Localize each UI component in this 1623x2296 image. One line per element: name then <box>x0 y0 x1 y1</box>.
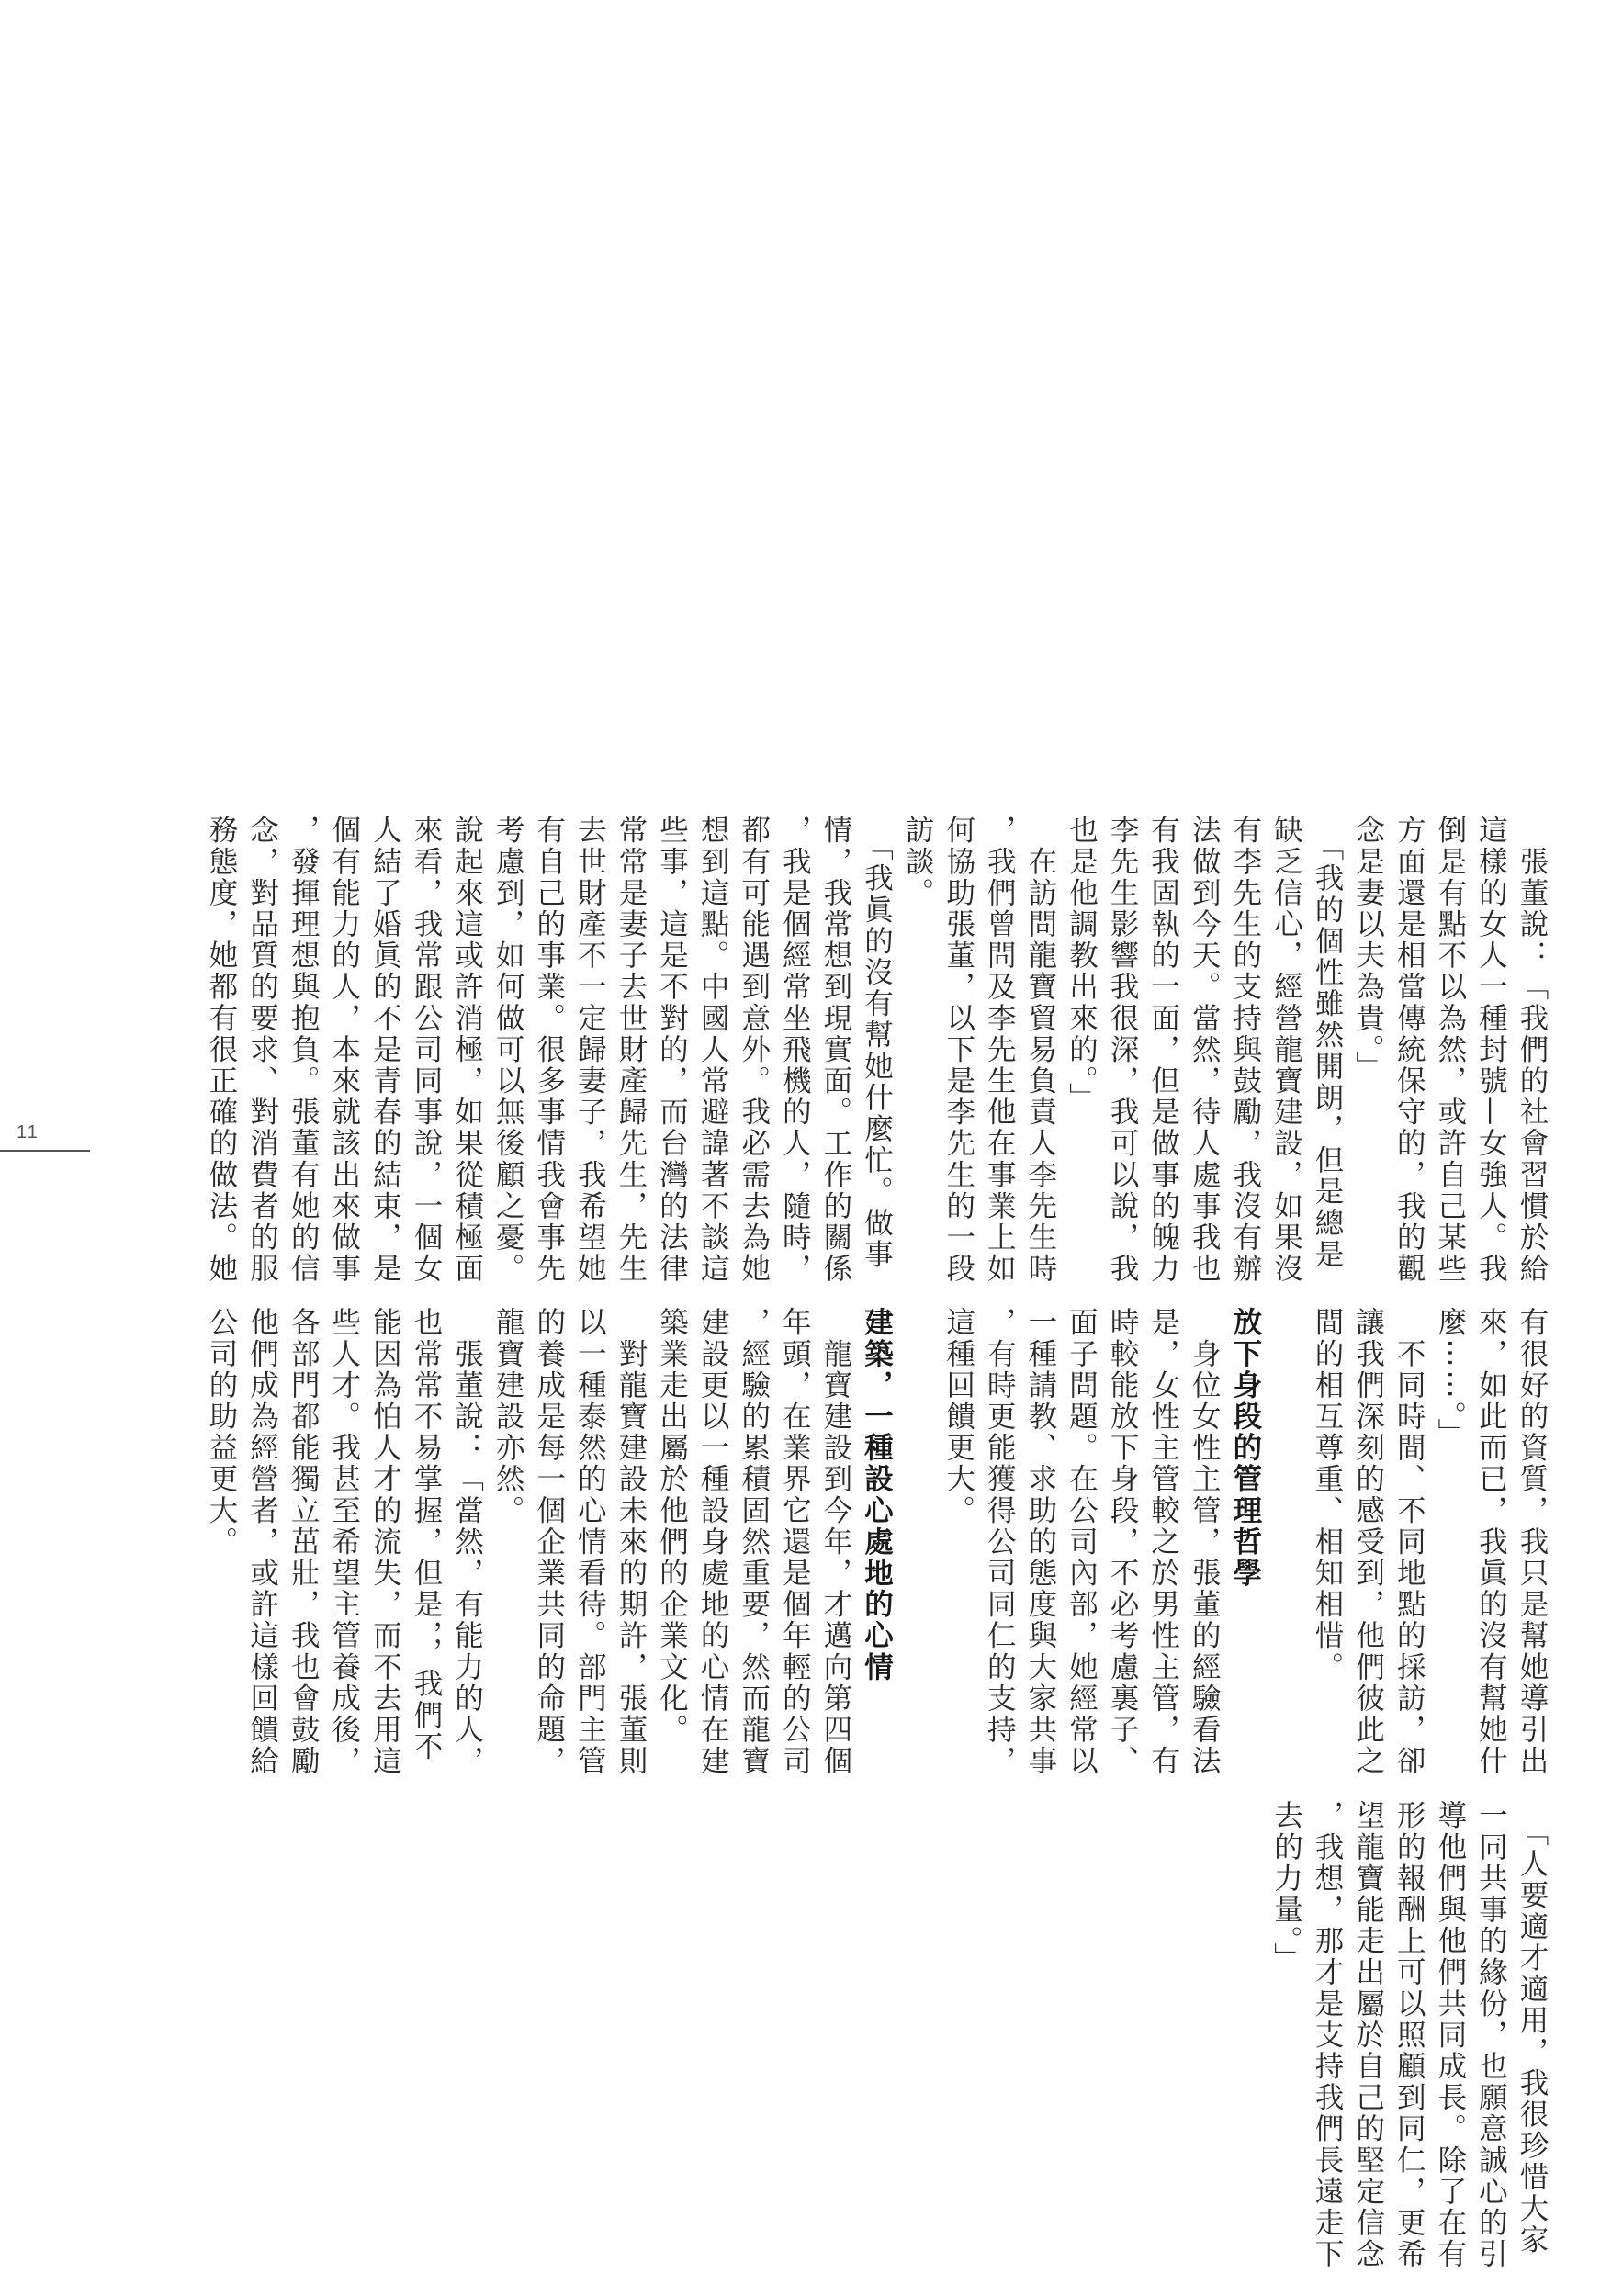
text-column: 去的力量。」 <box>1266 1800 1307 2223</box>
text-column: 能因為怕人才的流失，而不去用這 <box>365 1307 406 1729</box>
text-column: 時較能放下身段，不必考慮裏子、 <box>1101 1307 1143 1729</box>
text-column: 倒是有點不以為然，或許自己某些 <box>1429 815 1471 1237</box>
page-number: 11 <box>17 1122 39 1143</box>
text-column: 龍寶建設到今年，才邁向第四個 <box>815 1307 856 1729</box>
text-column: 龍寶建設亦然。 <box>488 1307 529 1729</box>
text-column: 的養成是每一個企業共同的命題， <box>528 1307 569 1729</box>
text-column <box>1266 1307 1307 1729</box>
text-column <box>897 1307 939 1729</box>
text-column: 「我的個性雖然開朗，但是總是 <box>1306 815 1347 1237</box>
text-column: 間的相互尊重、相知相惜。 <box>1306 1307 1347 1729</box>
text-column: 形的報酬上可以照顧到同仁，更希 <box>1389 1800 1430 2223</box>
text-column: 務態度，她都有很正確的做法。她 <box>200 815 242 1237</box>
text-column: 何協助張董，以下是李先生的一段 <box>938 815 979 1237</box>
text-column: 有我固執的一面，但是做事的魄力 <box>1143 815 1184 1237</box>
text-column: 去世財產不一定歸妻子，我希望她 <box>569 815 611 1237</box>
text-column: 人結了婚眞的不是青春的結束，是 <box>365 815 406 1237</box>
text-column: 公司的助益更大。 <box>200 1307 242 1729</box>
text-column: 個有能力的人，本來就該出來做事 <box>323 815 365 1237</box>
text-column: ，我是個經常坐飛機的人，隨時， <box>774 815 816 1237</box>
text-column: 也是他調教出來的。」 <box>1061 815 1102 1237</box>
text-column: 在訪問龍寶貿易負責人李先生時 <box>1020 815 1061 1237</box>
text-column: 些事，這是不對的，而台灣的法律 <box>651 815 693 1237</box>
text-column: 導他們與他們共同成長。除了在有 <box>1429 1800 1471 2223</box>
text-column: 面子問題。在公司內部，她經常以 <box>1061 1307 1102 1729</box>
text-column: 建設更以一種設身處地的心情在建 <box>693 1307 734 1729</box>
text-column: 望龍寶能走出屬於自己的堅定信念 <box>1347 1800 1389 2223</box>
text-column: ，發揮理想與抱負。張董有她的信 <box>283 815 324 1237</box>
text-column: ，我們曾問及李先生他在事業上如 <box>979 815 1020 1237</box>
text-column: 張董說：「我們的社會習慣於給 <box>1511 815 1552 1237</box>
text-column: 缺乏信心，經營龍寶建設，如果沒 <box>1266 815 1307 1237</box>
text-column: 有自己的事業。很多事情我會事先 <box>528 815 569 1237</box>
text-block-top: 張董說：「我們的社會習慣於給這樣的女人一種封號—女強人。我倒是有點不以為然，或許… <box>200 815 1552 1237</box>
text-column: 都有可能遇到意外。我必需去為她 <box>733 815 774 1237</box>
text-column: ，有時更能獲得公司同仁的支持， <box>979 1307 1020 1729</box>
text-column: 以一種泰然的心情看待。部門主管 <box>569 1307 611 1729</box>
text-column: 張董說：「當然，有能力的人， <box>446 1307 488 1729</box>
text-column: 訪談。 <box>897 815 939 1237</box>
text-column: 築業走出屬於他們的企業文化。 <box>651 1307 693 1729</box>
text-column: 讓我們深刻的感受到，他們彼此之 <box>1347 1307 1389 1729</box>
text-column: 對龍寶建設未來的期許，張董則 <box>610 1307 651 1729</box>
text-column: 不同時間、不同地點的採訪，卻 <box>1389 1307 1430 1729</box>
text-column: 麼⋯⋯。」 <box>1429 1307 1471 1729</box>
text-column: 各部門都能獨立茁壯，我也會鼓勵 <box>283 1307 324 1729</box>
text-column: 李先生影響我很深，我可以說，我 <box>1101 815 1143 1237</box>
text-column: 這種回饋更大。 <box>938 1307 979 1729</box>
section-heading: 建築，一種設心處地的心情 <box>856 1307 897 1729</box>
text-column: 這樣的女人一種封號—女強人。我 <box>1471 815 1512 1237</box>
text-column: 年頭，在業界它還是個年輕的公司 <box>774 1307 816 1729</box>
text-column: 「我眞的沒有幫她什麼忙。做事 <box>856 815 897 1237</box>
page-number-rule <box>0 1150 90 1152</box>
text-column: 他們成為經營者，或許這樣回饋給 <box>242 1307 283 1729</box>
text-column: 來看，我常跟公司同事說，一個女 <box>405 815 446 1237</box>
section-heading: 放下身段的管理哲學 <box>1224 1307 1266 1729</box>
text-column: 想到這點。中國人常避諱著不談這 <box>693 815 734 1237</box>
text-column: 一同共事的緣份，也願意誠心的引 <box>1471 1800 1512 2223</box>
text-column: 來，如此而已，我眞的沒有幫她什 <box>1471 1307 1512 1729</box>
text-column: ，經驗的累積固然重要，然而龍寶 <box>733 1307 774 1729</box>
text-column: 有很好的資質，我只是幫她導引出 <box>1511 1307 1552 1729</box>
text-column: 方面還是相當傳統保守的，我的觀 <box>1389 815 1430 1237</box>
text-column: 身位女性主管，張董的經驗看法 <box>1184 1307 1225 1729</box>
text-column: 「人要適才適用，我很珍惜大家 <box>1511 1800 1552 2223</box>
text-column: 些人才。我甚至希望主管養成後， <box>323 1307 365 1729</box>
text-column: 常常是妻子去世財產歸先生，先生 <box>610 815 651 1237</box>
text-column: 是，女性主管較之於男性主管，有 <box>1143 1307 1184 1729</box>
text-block-middle: 有很好的資質，我只是幫她導引出來，如此而已，我眞的沒有幫她什麼⋯⋯。」 不同時間… <box>200 1307 1552 1729</box>
text-column: 也常常不易掌握，但是，，我們不 <box>405 1307 446 1729</box>
text-column: 一種請教、求助的態度與大家共事 <box>1020 1307 1061 1729</box>
text-column: 說起來這或許消極，如果從積極面 <box>446 815 488 1237</box>
text-column: 念是妻以夫為貴。」 <box>1347 815 1389 1237</box>
text-column: 念，對品質的要求、對消費者的服 <box>242 815 283 1237</box>
text-column: 考慮到，如何做可以無後顧之憂。 <box>488 815 529 1237</box>
text-column: 法做到今天。當然，待人處事我也 <box>1184 815 1225 1237</box>
text-column: 有李先生的支持與鼓勵，我沒有辦 <box>1224 815 1266 1237</box>
text-column: 情，我常想到現實面。工作的關係 <box>815 815 856 1237</box>
text-block-bottom: 「人要適才適用，我很珍惜大家一同共事的緣份，也願意誠心的引導他們與他們共同成長。… <box>1266 1800 1552 2223</box>
text-column: ，我想，那才是支持我們長遠走下 <box>1306 1800 1347 2223</box>
